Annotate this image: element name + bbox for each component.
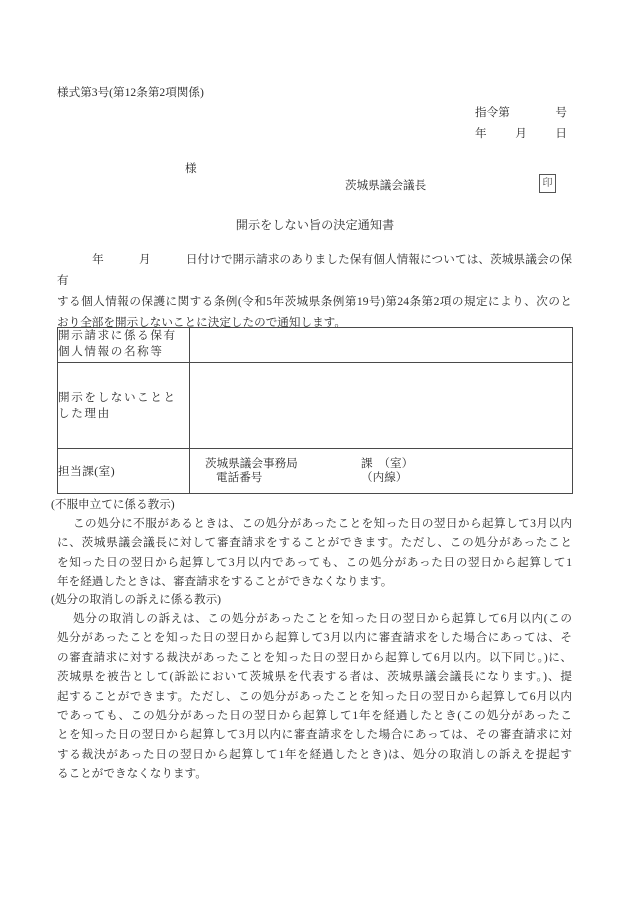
row3-label: 担当課(室) (58, 449, 190, 494)
row2-label: 開示をしないこととした理由 (58, 363, 190, 449)
lawsuit-note-line: 茨城県を被告として(訴訟において茨城県を代表する者は、茨城県議会議長になります。… (57, 667, 572, 686)
directive-number-line: 指令第 号 (475, 104, 567, 120)
appeal-note-heading: (不服申立てに係る教示) (51, 496, 175, 512)
appeal-note-line: 年を経過したときは、審査請求をすることができなくなります。 (57, 572, 572, 591)
row3-value-cell: 茨城県議会事務局 課 （室） 電話番号 （内線） (190, 449, 573, 494)
date-year-label: 年 (475, 125, 487, 141)
opening-paragraph-line: 年 月 日付けで開示請求のありました保有個人情報については、茨城県議会の保有 (57, 249, 572, 291)
lawsuit-note-line: する裁決があった日の翌日から起算して1年を経過したとき)は、処分の取消しの訴えを… (57, 745, 572, 764)
lawsuit-note-line: 起することができます。ただし、この処分があったことを知った日の翌日から起算して6… (57, 687, 572, 706)
table-row-department: 担当課(室) 茨城県議会事務局 課 （室） 電話番号 （内線） (58, 449, 573, 494)
lawsuit-note-line: ることができなくなります。 (57, 764, 572, 783)
appeal-note-line: この処分に不服があるときは、この処分があったことを知った日の翌日から起算して3月… (57, 514, 572, 533)
date-month-label: 月 (515, 125, 527, 141)
extension-label: （内線） (361, 471, 407, 486)
table-row-reason: 開示をしないこととした理由 (58, 363, 573, 449)
row1-value-cell (190, 328, 573, 363)
table-row-held-info: 開示請求に係る保有個人情報の名称等 (58, 328, 573, 363)
date-day-label: 日 (555, 125, 567, 141)
seal-mark: 印 (539, 174, 556, 193)
lawsuit-note-line: の審査請求に対する裁決があったことを知った日の翌日から起算して6月以内。以下同じ… (57, 648, 572, 667)
appeal-note-paragraph: この処分に不服があるときは、この処分があったことを知った日の翌日から起算して3月… (57, 514, 572, 592)
section-label: 課 （室） (361, 457, 413, 472)
lawsuit-note-heading: (処分の取消しの訴えに係る教示) (51, 591, 221, 607)
directive-suffix: 号 (555, 104, 567, 120)
lawsuit-note-paragraph: 処分の取消しの訴えは、この処分があったことを知った日の翌日から起算して6月以内(… (57, 609, 572, 784)
document-title: 開示をしない旨の決定通知書 (0, 216, 630, 233)
opening-paragraph-line: する個人情報の保護に関する条例(令和5年茨城県条例第19号)第24条第2項の規定… (57, 291, 572, 312)
appeal-note-line: に、茨城県議会議長に対して審査請求をすることができます。ただし、この処分があった… (57, 533, 572, 552)
lawsuit-note-line: 処分の取消しの訴えは、この処分があったことを知った日の翌日から起算して6月以内(… (57, 609, 572, 628)
opening-paragraph: 年 月 日付けで開示請求のありました保有個人情報については、茨城県議会の保有 す… (57, 249, 572, 333)
document-page: 様式第3号(第12条第2項関係) 指令第 号 年 月 日 様 茨城県議会議長 印… (0, 0, 630, 915)
date-line: 年 月 日 (475, 125, 567, 141)
department-phone-line: 電話番号 （内線） (190, 471, 572, 486)
row1-label: 開示請求に係る保有個人情報の名称等 (58, 328, 190, 363)
addressee-suffix: 様 (185, 160, 197, 176)
department-office-line: 茨城県議会事務局 課 （室） (190, 457, 572, 472)
directive-prefix: 指令第 (475, 104, 510, 120)
row2-value-cell (190, 363, 573, 449)
seal-character: 印 (543, 179, 553, 189)
lawsuit-note-line: とを知った日の翌日から起算して3月以内に審査請求をした場合にあっては、その審査請… (57, 725, 572, 744)
lawsuit-note-line: 処分があったことを知った日の翌日から起算して3月以内に審査請求をした場合にあって… (57, 628, 572, 647)
appeal-note-line: を知った日の翌日から起算して3月以内であっても、この処分があった日の翌日から起算… (57, 553, 572, 572)
info-table: 開示請求に係る保有個人情報の名称等 開示をしないこととした理由 担当課(室) 茨… (57, 327, 573, 494)
form-number-label: 様式第3号(第12条第2項関係) (57, 84, 204, 100)
phone-label: 電話番号 (190, 471, 262, 484)
office-name: 茨城県議会事務局 (190, 457, 298, 470)
lawsuit-note-line: であっても、この処分があった日の翌日から起算して1年を経過したとき(この処分があ… (57, 706, 572, 725)
sender-title: 茨城県議会議長 (345, 177, 426, 193)
